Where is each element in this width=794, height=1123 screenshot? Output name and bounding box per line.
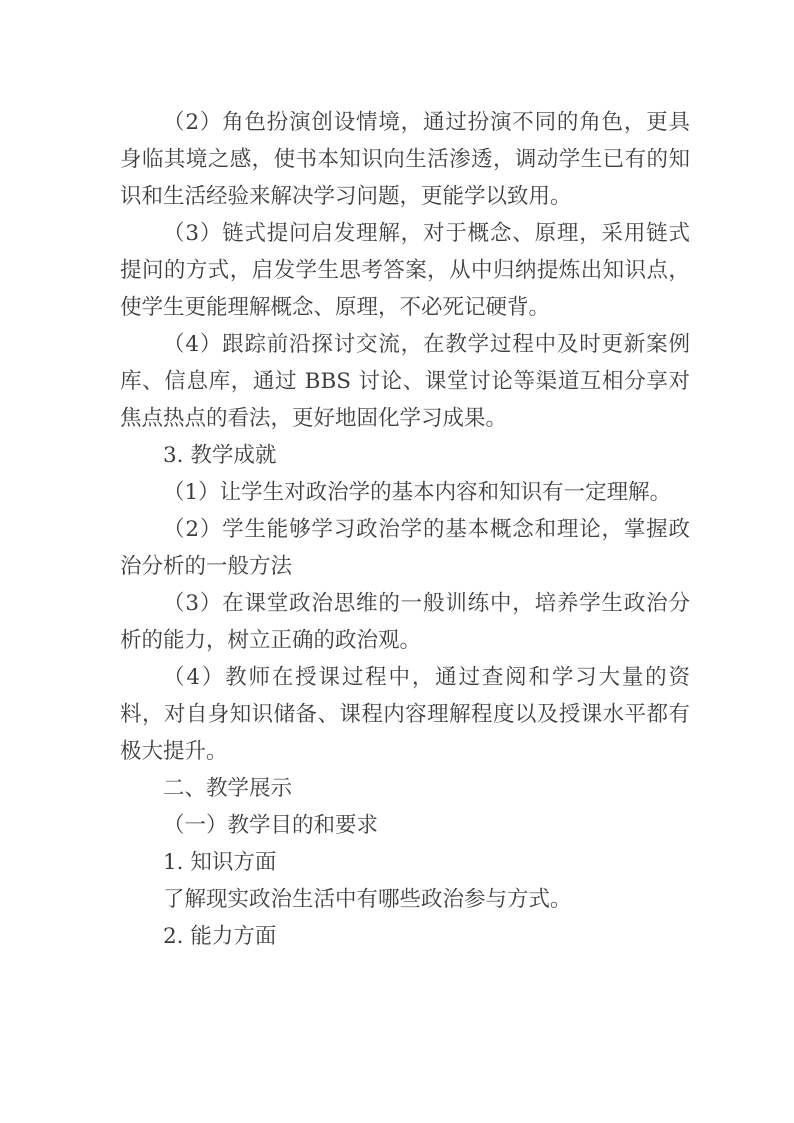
paragraph-achievement-1: （1）让学生对政治学的基本内容和知识有一定理解。 [120,474,690,511]
heading-ability-aspect: 2. 能力方面 [120,918,690,955]
heading-teaching-achievements: 3. 教学成就 [120,437,690,474]
paragraph-method-frontier-discussion: （4）跟踪前沿探讨交流，在教学过程中及时更新案例库、信息库，通过 BBS 讨论、… [120,326,690,437]
paragraph-method-chain-questioning: （3）链式提问启发理解，对于概念、原理，采用链式提问的方式，启发学生思考答案，从… [120,215,690,326]
heading-teaching-aims-requirements: （一）教学目的和要求 [120,807,690,844]
paragraph-achievement-3: （3）在课堂政治思维的一般训练中，培养学生政治分析的能力，树立正确的政治观。 [120,585,690,659]
paragraph-knowledge-aspect-detail: 了解现实政治生活中有哪些政治参与方式。 [120,881,690,918]
paragraph-achievement-2: （2）学生能够学习政治学的基本概念和理论，掌握政治分析的一般方法 [120,511,690,585]
paragraph-achievement-4: （4）教师在授课过程中，通过查阅和学习大量的资料，对自身知识储备、课程内容理解程… [120,659,690,770]
document-page: （2）角色扮演创设情境，通过扮演不同的角色，更具身临其境之感，使书本知识向生活渗… [0,0,794,1123]
document-body: （2）角色扮演创设情境，通过扮演不同的角色，更具身临其境之感，使书本知识向生活渗… [120,104,690,955]
paragraph-method-role-play: （2）角色扮演创设情境，通过扮演不同的角色，更具身临其境之感，使书本知识向生活渗… [120,104,690,215]
heading-knowledge-aspect: 1. 知识方面 [120,844,690,881]
heading-teaching-presentation: 二、教学展示 [120,770,690,807]
